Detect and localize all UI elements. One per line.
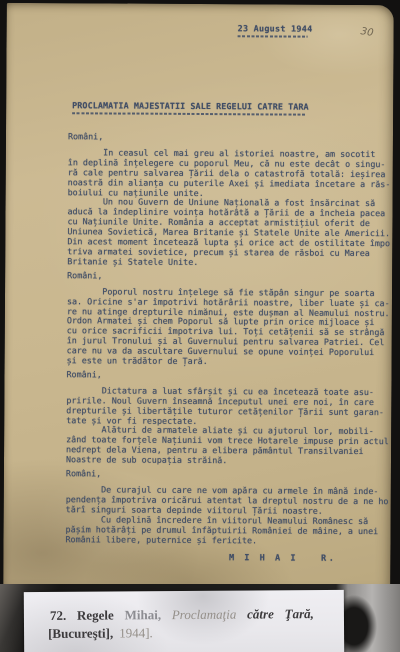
document-section: Români, Dictatura a luat sfârșit și cu e…: [66, 370, 390, 467]
text-line: și este un trădător de Țară.: [67, 356, 390, 368]
caption-segment: către: [247, 605, 274, 622]
document-paper: 30 23 August 1944 PROCLAMATIA MAJESTATII…: [3, 3, 394, 590]
title-underline: [72, 112, 306, 116]
document-section: Români, Poporul nostru înțelege să fie s…: [67, 271, 391, 368]
caption-segment: Proclamaţia: [172, 606, 237, 623]
text-line: Britanie și Statele Unite.: [67, 257, 390, 269]
caption-label: 72.RegeleMihai,ProclamaţiacătreŢară, [Bu…: [24, 590, 344, 652]
caption-segment: 1944].: [119, 624, 153, 641]
caption-line-1: 72.RegeleMihai,ProclamaţiacătreŢară,: [50, 605, 314, 624]
caption-segment: Ţară,: [285, 605, 314, 622]
caption-segment: Regele: [77, 606, 114, 623]
exhibit-photo: { "document": { "handwritten_page_number…: [0, 0, 400, 652]
document-section: Români, În ceasul cel mai greu al istori…: [67, 132, 391, 269]
royal-signature: M I H A I R.: [65, 554, 388, 566]
section-heading: Români,: [67, 271, 390, 283]
section-heading: Români,: [68, 132, 391, 144]
text-line: Românii libere, puternice și fericite.: [65, 535, 388, 547]
document-title: PROCLAMATIA MAJESTATII SALE REGELUI CATR…: [72, 100, 309, 111]
caption-segment: Mihai,: [125, 606, 162, 623]
caption-segment: [Bucureşti],: [48, 624, 113, 641]
handwritten-page-number: 30: [360, 26, 374, 39]
section-heading: Români,: [66, 469, 389, 481]
title-block: PROCLAMATIA MAJESTATII SALE REGELUI CATR…: [72, 100, 309, 116]
document-date: 23 August 1944: [238, 23, 313, 33]
section-heading: Români,: [66, 370, 389, 382]
document-section: Români, De curajul cu care ne vom apăra …: [65, 469, 388, 546]
caption-segment: 72.: [50, 607, 66, 624]
document-body: Români, În ceasul cel mai greu al istori…: [65, 132, 391, 565]
text-line: Noastre de sub ocupația străină.: [66, 455, 389, 467]
date-underline: [238, 35, 308, 38]
date-block: 23 August 1944: [238, 23, 313, 38]
caption-line-2: [Bucureşti],1944].: [48, 623, 314, 642]
